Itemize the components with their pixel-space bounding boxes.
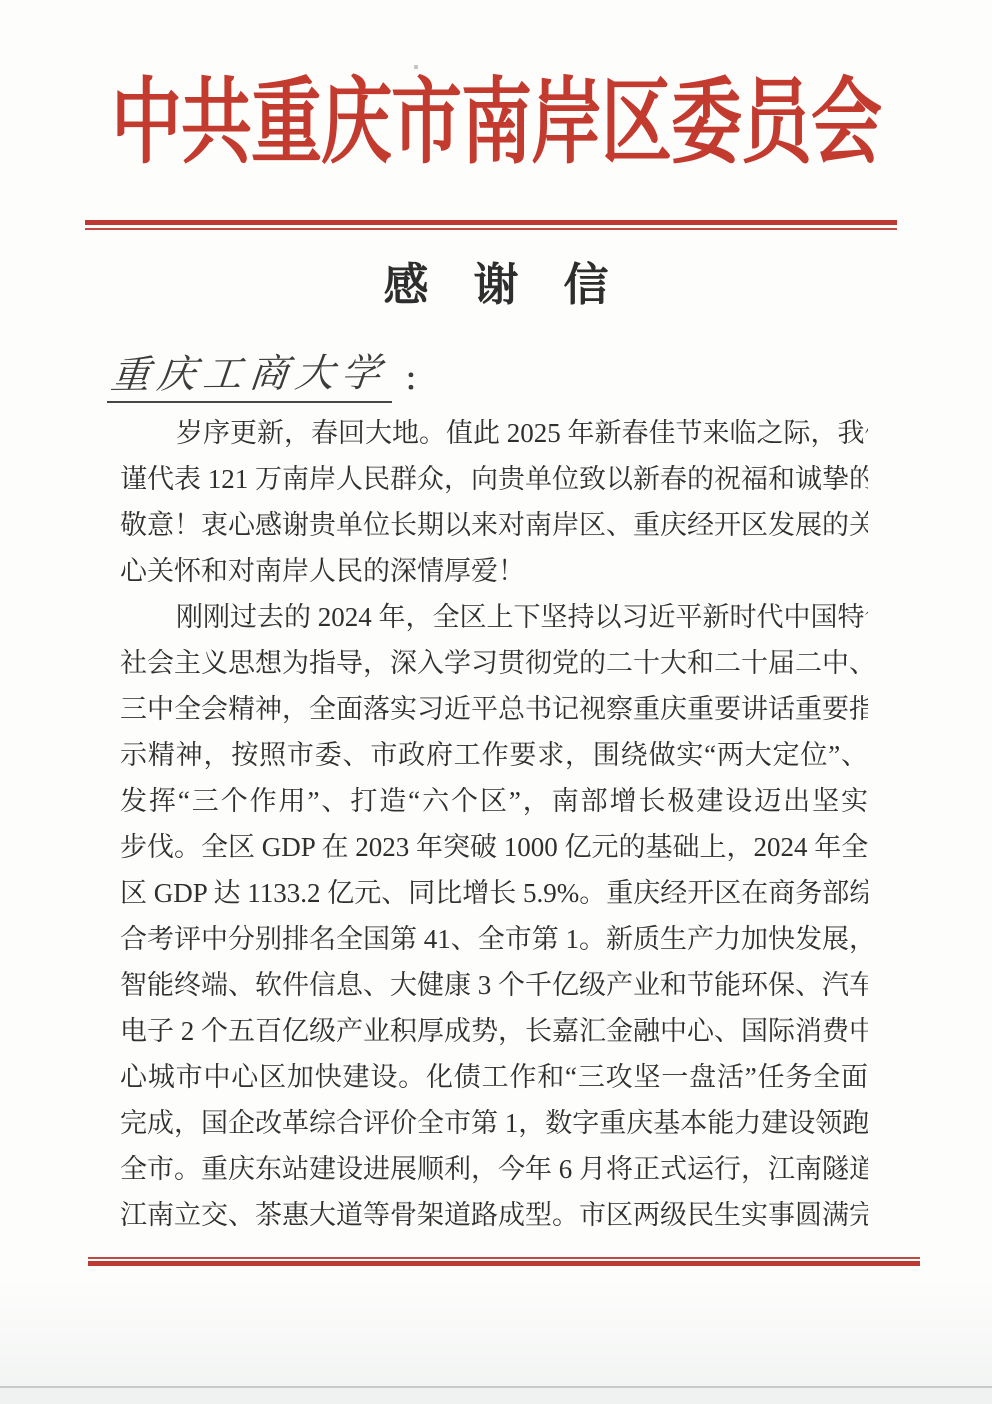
letter-body: 岁序更新，春回大地。值此 2025 年新春佳节来临之际，我们 谨代表 121 万…	[120, 410, 868, 1238]
body-line: 区 GDP 达 1133.2 亿元、同比增长 5.9%。重庆经开区在商务部综	[120, 870, 868, 916]
body-line: 发挥“三个作用”、打造“六个区”，南部增长极建设迈出坚实	[120, 778, 868, 824]
body-line: 心关怀和对南岸人民的深情厚爱！	[120, 548, 868, 594]
recipient-colon: ：	[404, 355, 434, 403]
body-line: 智能终端、软件信息、大健康 3 个千亿级产业和节能环保、汽车	[120, 962, 868, 1008]
handwritten-recipient: 重庆工商大学	[109, 351, 390, 400]
body-line: 步伐。全区 GDP 在 2023 年突破 1000 亿元的基础上，2024 年全	[120, 824, 868, 870]
body-line: 岁序更新，春回大地。值此 2025 年新春佳节来临之际，我们	[120, 410, 868, 456]
body-line: 江南立交、茶惠大道等骨架道路成型。市区两级民生实事圆满完	[120, 1192, 868, 1238]
body-line: 刚刚过去的 2024 年，全区上下坚持以习近平新时代中国特色	[120, 594, 868, 640]
body-line: 电子 2 个五百亿级产业积厚成势，长嘉汇金融中心、国际消费中	[120, 1008, 868, 1054]
body-line: 全市。重庆东站建设进展顺利，今年 6 月将正式运行，江南隧道、	[120, 1146, 868, 1192]
footer-double-rule	[88, 1257, 920, 1266]
body-line: 合考评中分别排名全国第 41、全市第 1。新质生产力加快发展，	[120, 916, 868, 962]
rule-thin-bar	[85, 228, 897, 230]
body-line: 社会主义思想为指导，深入学习贯彻党的二十大和二十届二中、	[120, 640, 868, 686]
scan-shadow	[0, 1280, 992, 1386]
scan-edge-band	[0, 1388, 992, 1404]
body-line: 谨代表 121 万南岸人民群众，向贵单位致以新春的祝福和诚挚的	[120, 456, 868, 502]
scan-artifact-speck	[414, 65, 418, 69]
letterhead: 中共重庆市南岸区委员会	[0, 78, 992, 149]
body-line: 三中全会精神，全面落实习近平总书记视察重庆重要讲话重要指	[120, 686, 868, 732]
rule-thick-bar	[88, 1261, 920, 1266]
letterhead-org-name: 中共重庆市南岸区委员会	[111, 78, 881, 172]
letterhead-double-rule	[85, 220, 897, 230]
body-line: 心城市中心区加快建设。化债工作和“三攻坚一盘活”任务全面	[120, 1054, 868, 1100]
body-line: 完成，国企改革综合评价全市第 1，数字重庆基本能力建设领跑	[120, 1100, 868, 1146]
letter-title: 感 谢 信	[0, 248, 992, 313]
salutation: 重庆工商大学 ：	[107, 352, 434, 403]
recipient-underline: 重庆工商大学	[107, 352, 392, 403]
body-line: 敬意！衷心感谢贵单位长期以来对南岸区、重庆经开区发展的关	[120, 502, 868, 548]
body-line: 示精神，按照市委、市政府工作要求，围绕做实“两大定位”、	[120, 732, 868, 778]
scanned-letter-page: 中共重庆市南岸区委员会 感 谢 信 重庆工商大学 ： 岁序更新，春回大地。值此 …	[0, 0, 992, 1404]
